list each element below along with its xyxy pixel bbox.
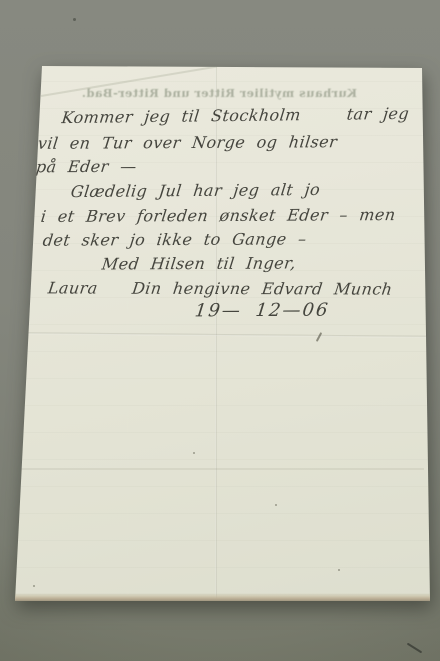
paper-bottom-edge [14,593,430,602]
handwriting-line: i et Brev forleden ønsket Eder – men [40,205,397,226]
handwriting-date-line: 19— 12—06 [194,300,331,322]
letter-paper: Kurhaus mytilier Ritter und Ritter-Bad. … [0,0,440,661]
handwriting-line: vil en Tur over Norge og hilser [37,132,339,153]
handwriting-line: på Eder — [35,157,138,177]
dust-speck [338,569,340,571]
dust-speck [193,452,195,454]
letterhead-bleedthrough: Kurhaus mytilier Ritter und Ritter-Bad. [103,86,357,100]
handwriting-line: Laura Din hengivne Edvard Munch [47,278,394,298]
handwriting-line: Glædelig Jul har jeg alt jo [70,180,321,201]
photo-frame: Kurhaus mytilier Ritter und Ritter-Bad. … [0,0,440,661]
fold-crease-faint [20,468,424,470]
handwriting-line: det sker jo ikke to Gange – [42,229,308,249]
dust-speck [33,585,35,587]
paper-sheet: Kurhaus mytilier Ritter und Ritter-Bad. … [0,0,440,661]
handwriting-line: Med Hilsen til Inger, [101,253,297,273]
letterhead-bleedthrough-text: Kurhaus mytilier Ritter und Ritter-Bad. [81,86,357,100]
dust-speck [275,504,277,506]
